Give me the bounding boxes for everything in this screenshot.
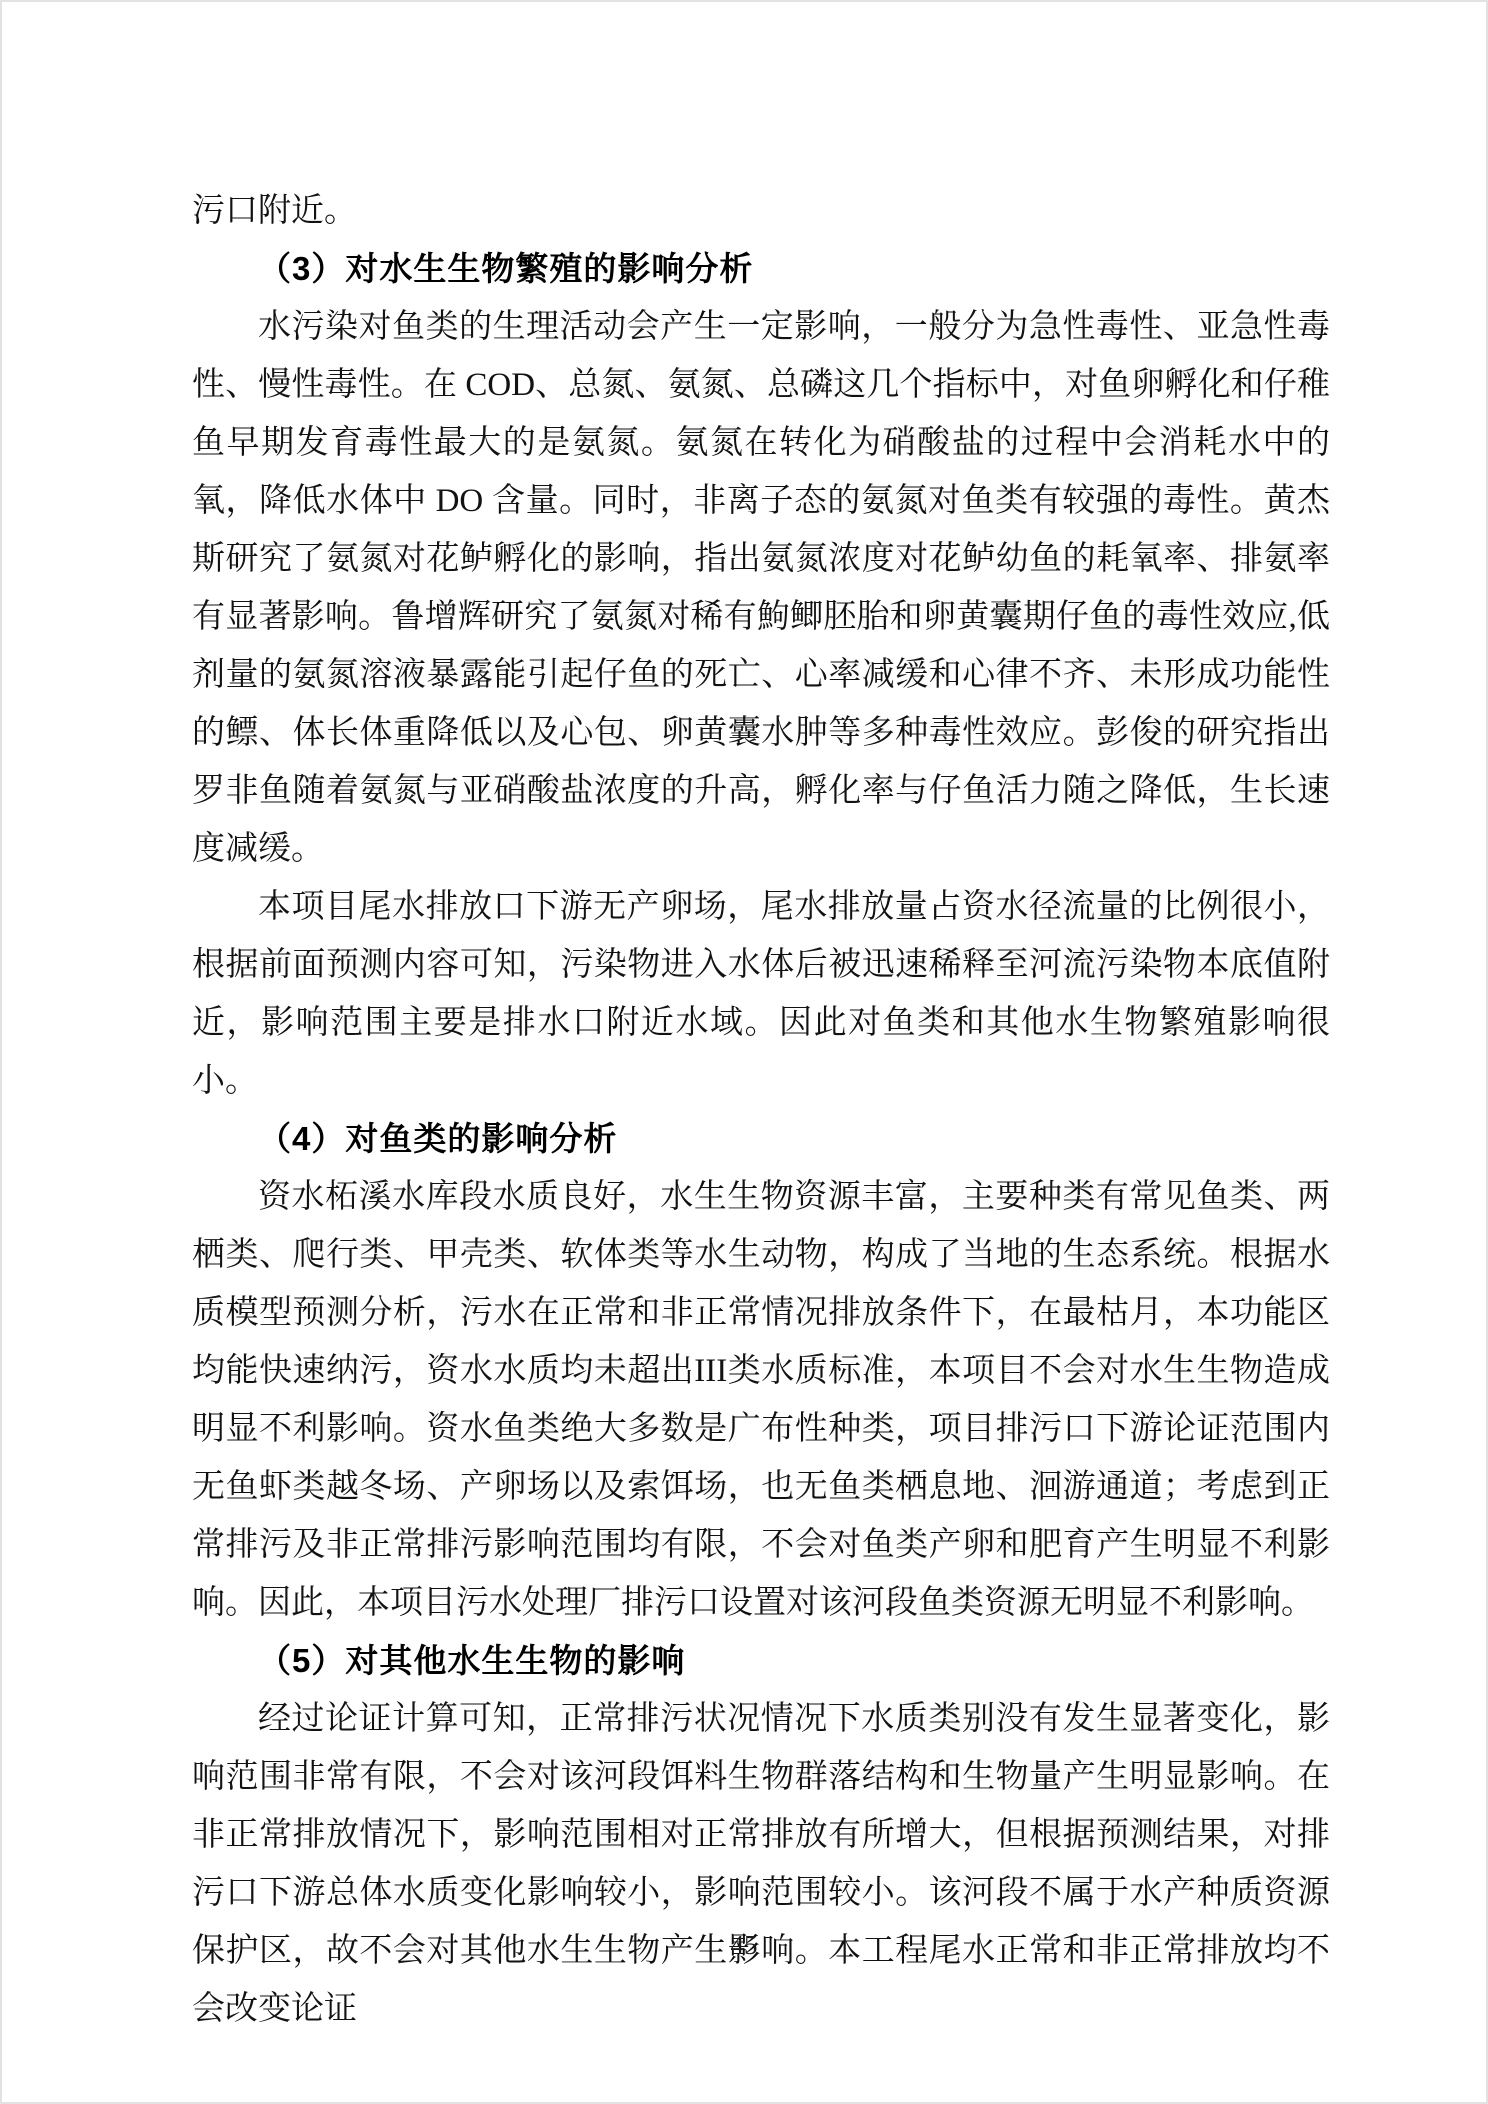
page-number: 45 <box>2 1930 1486 1961</box>
section-heading-3: （3）对水生生物繁殖的影响分析 <box>192 240 1330 298</box>
paragraph-tailwater-discharge: 本项目尾水排放口下游无产卵场，尾水排放量占资水径流量的比例很小，根据前面预测内容… <box>192 878 1330 1110</box>
continuation-line: 污口附近。 <box>192 182 1330 240</box>
section-heading-5: （5）对其他水生生物的影响 <box>192 1632 1330 1690</box>
document-page: 污口附近。 （3）对水生生物繁殖的影响分析 水污染对鱼类的生理活动会产生一定影响… <box>0 0 1488 2104</box>
paragraph-fish-impact: 资水柘溪水库段水质良好，水生生物资源丰富，主要种类有常见鱼类、两栖类、爬行类、甲… <box>192 1168 1330 1632</box>
paragraph-other-aquatic-impact: 经过论证计算可知，正常排污状况情况下水质类别没有发生显著变化，影响范围非常有限，… <box>192 1690 1330 2038</box>
section-heading-4: （4）对鱼类的影响分析 <box>192 1110 1330 1168</box>
paragraph-reproduction-impact: 水污染对鱼类的生理活动会产生一定影响，一般分为急性毒性、亚急性毒性、慢性毒性。在… <box>192 298 1330 878</box>
